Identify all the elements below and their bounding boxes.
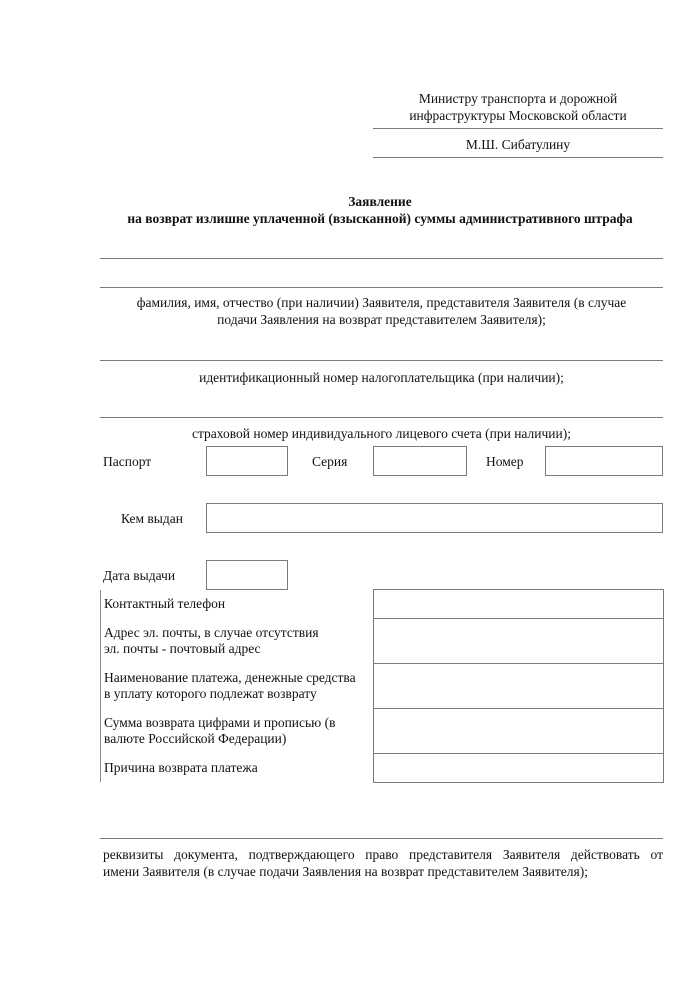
table-row-label: Сумма возврата цифрами и прописью (в вал… [104, 715, 336, 747]
inn-caption: идентификационный номер налогоплательщик… [100, 369, 663, 386]
addressee-name-underline [373, 157, 663, 158]
passport-input[interactable] [206, 446, 288, 476]
snils-line[interactable] [100, 417, 663, 418]
number-label: Номер [486, 454, 524, 470]
document-title: Заявление на возврат излишне уплаченной … [90, 193, 670, 227]
representative-caption: реквизиты документа, подтверждающего пра… [103, 846, 663, 880]
applicant-name-caption: фамилия, имя, отчество (при наличии) Зая… [100, 294, 663, 328]
addressee-block: Министру транспорта и дорожной инфрастру… [373, 90, 663, 124]
table-row-label: Причина возврата платежа [104, 760, 258, 776]
refund-reason-input[interactable] [373, 753, 664, 783]
table-row-label: Контактный телефон [104, 596, 225, 612]
number-input[interactable] [545, 446, 663, 476]
series-label: Серия [312, 454, 347, 470]
title-line2: на возврат излишне уплаченной (взысканно… [90, 210, 670, 227]
table-row-label: Наименование платежа, денежные средства … [104, 670, 356, 702]
addressee-line1: Министру транспорта и дорожной [373, 90, 663, 107]
issued-by-input[interactable] [206, 503, 663, 533]
representative-caption-line1: реквизиты документа, подтверждающего пра… [103, 846, 663, 863]
refund-amount-label-line2: валюте Российской Федерации) [104, 731, 336, 747]
passport-label: Паспорт [103, 454, 151, 470]
snils-caption: страховой номер индивидуального лицевого… [100, 425, 663, 442]
phone-input[interactable] [373, 589, 664, 619]
email-label-line2: эл. почты - почтовый адрес [104, 641, 319, 657]
inn-line[interactable] [100, 360, 663, 361]
table-row-label: Адрес эл. почты, в случае отсутствия эл.… [104, 625, 319, 657]
issue-date-label: Дата выдачи [103, 568, 175, 584]
issued-by-label: Кем выдан [121, 511, 183, 527]
payment-name-label-line2: в уплату которого подлежат возврату [104, 686, 356, 702]
payment-name-input[interactable] [373, 663, 664, 709]
title-line1: Заявление [90, 193, 670, 210]
applicant-caption-line2: подачи Заявления на возврат представител… [100, 311, 663, 328]
issue-date-input[interactable] [206, 560, 288, 590]
applicant-name-line-1[interactable] [100, 258, 663, 259]
refund-amount-input[interactable] [373, 708, 664, 754]
refund-reason-label: Причина возврата платежа [104, 760, 258, 776]
addressee-divider [373, 128, 663, 129]
payment-name-label-line1: Наименование платежа, денежные средства [104, 670, 356, 686]
representative-caption-line2: имени Заявителя (в случае подачи Заявлен… [103, 863, 663, 880]
addressee-name: М.Ш. Сибатулину [373, 136, 663, 153]
addressee-line2: инфраструктуры Московской области [373, 107, 663, 124]
series-input[interactable] [373, 446, 467, 476]
refund-amount-label-line1: Сумма возврата цифрами и прописью (в [104, 715, 336, 731]
phone-label: Контактный телефон [104, 596, 225, 612]
applicant-caption-line1: фамилия, имя, отчество (при наличии) Зая… [100, 294, 663, 311]
applicant-name-line-2[interactable] [100, 287, 663, 288]
representative-doc-line[interactable] [100, 838, 663, 839]
email-label-line1: Адрес эл. почты, в случае отсутствия [104, 625, 319, 641]
email-input[interactable] [373, 618, 664, 664]
table-left-border [100, 590, 101, 782]
